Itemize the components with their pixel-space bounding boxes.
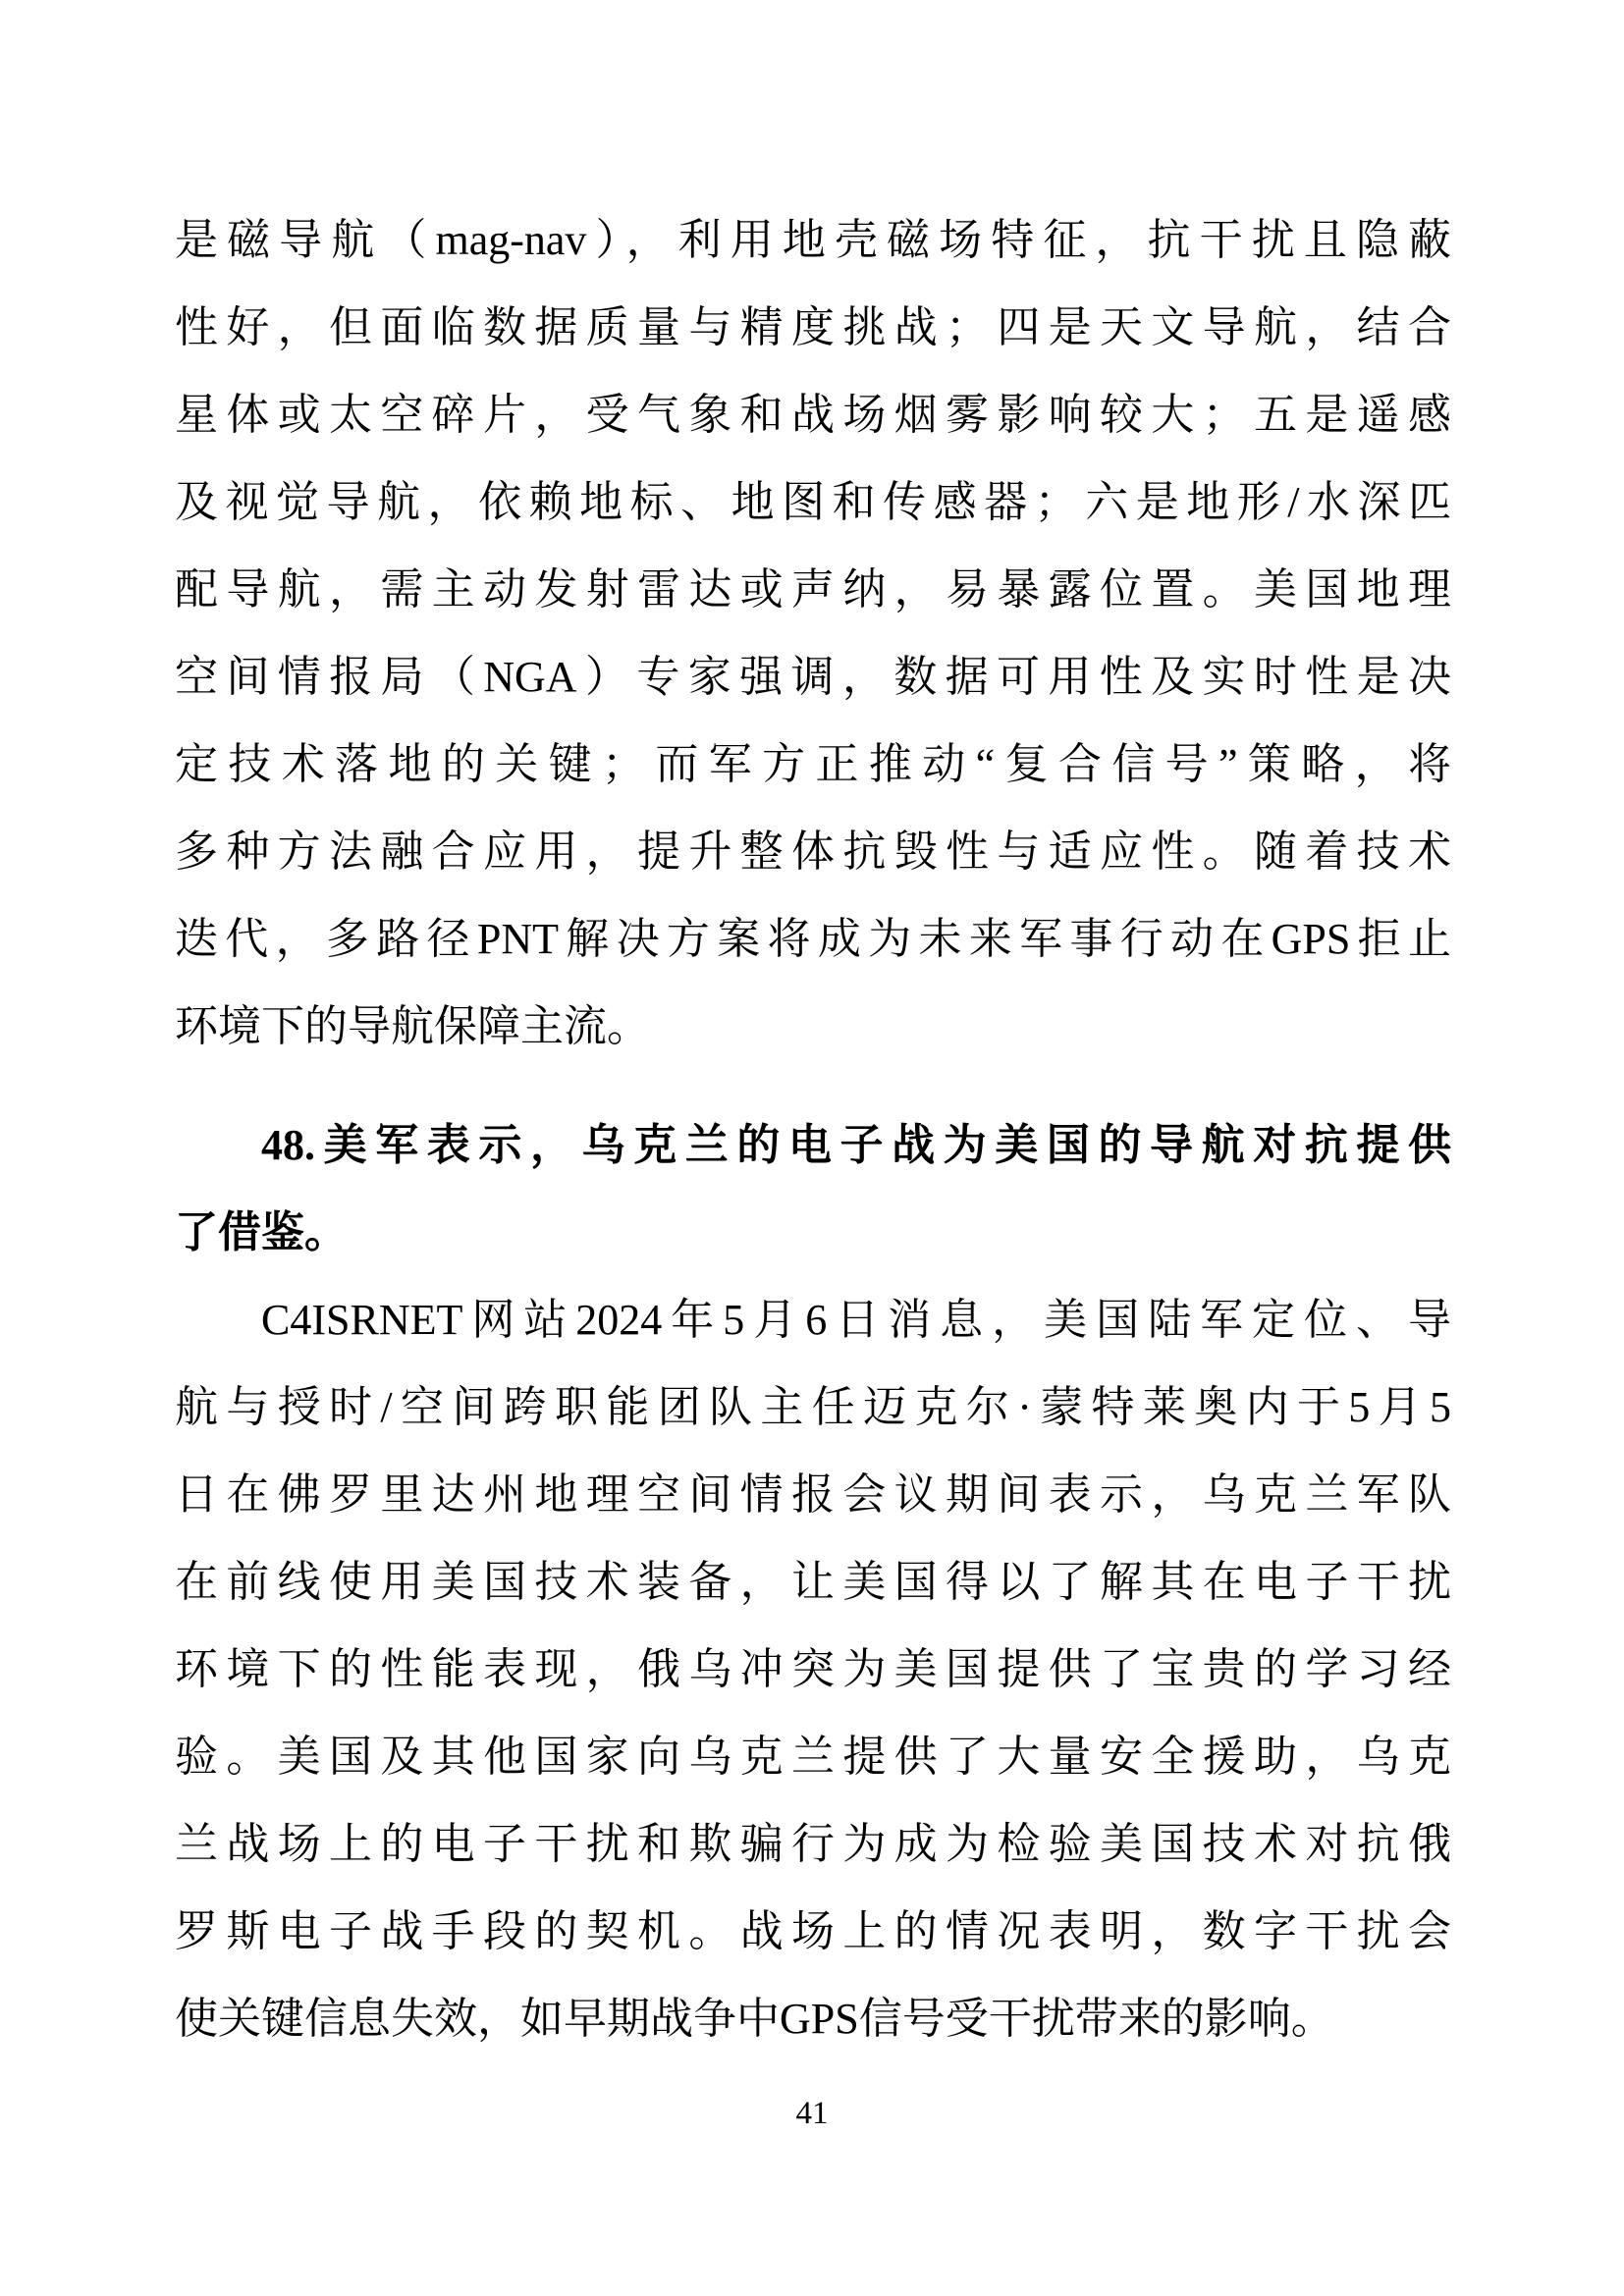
- text-line: 空间情报局（NGA）专家强调，数据可用性及实时性是决: [175, 633, 1451, 721]
- text-line: 迭代，多路径PNT解决方案将成为未来军事行动在GPS拒止: [175, 895, 1451, 983]
- heading-line: 了借鉴。: [175, 1189, 1451, 1276]
- page-number: 41: [0, 2094, 1624, 2133]
- heading-line: 48.美军表示，乌克兰的电子战为美国的导航对抗提供: [175, 1101, 1451, 1189]
- text-line: 航与授时/空间跨职能团队主任迈克尔·蒙特莱奥内于5月5: [175, 1363, 1451, 1451]
- text-line: 使关键信息失效，如早期战争中GPS信号受干扰带来的影响。: [175, 1975, 1451, 2062]
- text-line: 兰战场上的电子干扰和欺骗行为成为检验美国技术对抗俄: [175, 1800, 1451, 1888]
- text-line: 多种方法融合应用，提升整体抗毁性与适应性。随着技术: [175, 808, 1451, 895]
- text-line: 罗斯电子战手段的契机。战场上的情况表明，数字干扰会: [175, 1888, 1451, 1975]
- text-line: 是磁导航（mag-nav），利用地壳磁场特征，抗干扰且隐蔽: [175, 196, 1451, 284]
- text-line: 验。美国及其他国家向乌克兰提供了大量安全援助，乌克: [175, 1713, 1451, 1800]
- text-line: 日在佛罗里达州地理空间情报会议期间表示，乌克兰军队: [175, 1451, 1451, 1538]
- text-line: 性好，但面临数据质量与精度挑战；四是天文导航，结合: [175, 284, 1451, 371]
- text-line: 在前线使用美国技术装备，让美国得以了解其在电子干扰: [175, 1538, 1451, 1626]
- text-line: 星体或太空碎片，受气象和战场烟雾影响较大；五是遥感: [175, 371, 1451, 458]
- text-line: 定技术落地的关键；而军方正推动“复合信号”策略，将: [175, 721, 1451, 808]
- text-line: 环境下的性能表现，俄乌冲突为美国提供了宝贵的学习经: [175, 1626, 1451, 1713]
- document-page: 是磁导航（mag-nav），利用地壳磁场特征，抗干扰且隐蔽 性好，但面临数据质量…: [0, 0, 1624, 2296]
- paragraph-body: C4ISRNET网站2024年5月6日消息，美国陆军定位、导 航与授时/空间跨职…: [175, 1276, 1451, 2062]
- text-line: 及视觉导航，依赖地标、地图和传感器；六是地形/水深匹: [175, 458, 1451, 546]
- section-heading-48: 48.美军表示，乌克兰的电子战为美国的导航对抗提供 了借鉴。: [175, 1101, 1451, 1276]
- paragraph-continued: 是磁导航（mag-nav），利用地壳磁场特征，抗干扰且隐蔽 性好，但面临数据质量…: [175, 196, 1451, 1070]
- text-line: 配导航，需主动发射雷达或声纳，易暴露位置。美国地理: [175, 546, 1451, 633]
- text-line: 环境下的导航保障主流。: [175, 983, 1451, 1070]
- text-line: C4ISRNET网站2024年5月6日消息，美国陆军定位、导: [175, 1276, 1451, 1363]
- page-body-text: 是磁导航（mag-nav），利用地壳磁场特征，抗干扰且隐蔽 性好，但面临数据质量…: [175, 196, 1451, 2062]
